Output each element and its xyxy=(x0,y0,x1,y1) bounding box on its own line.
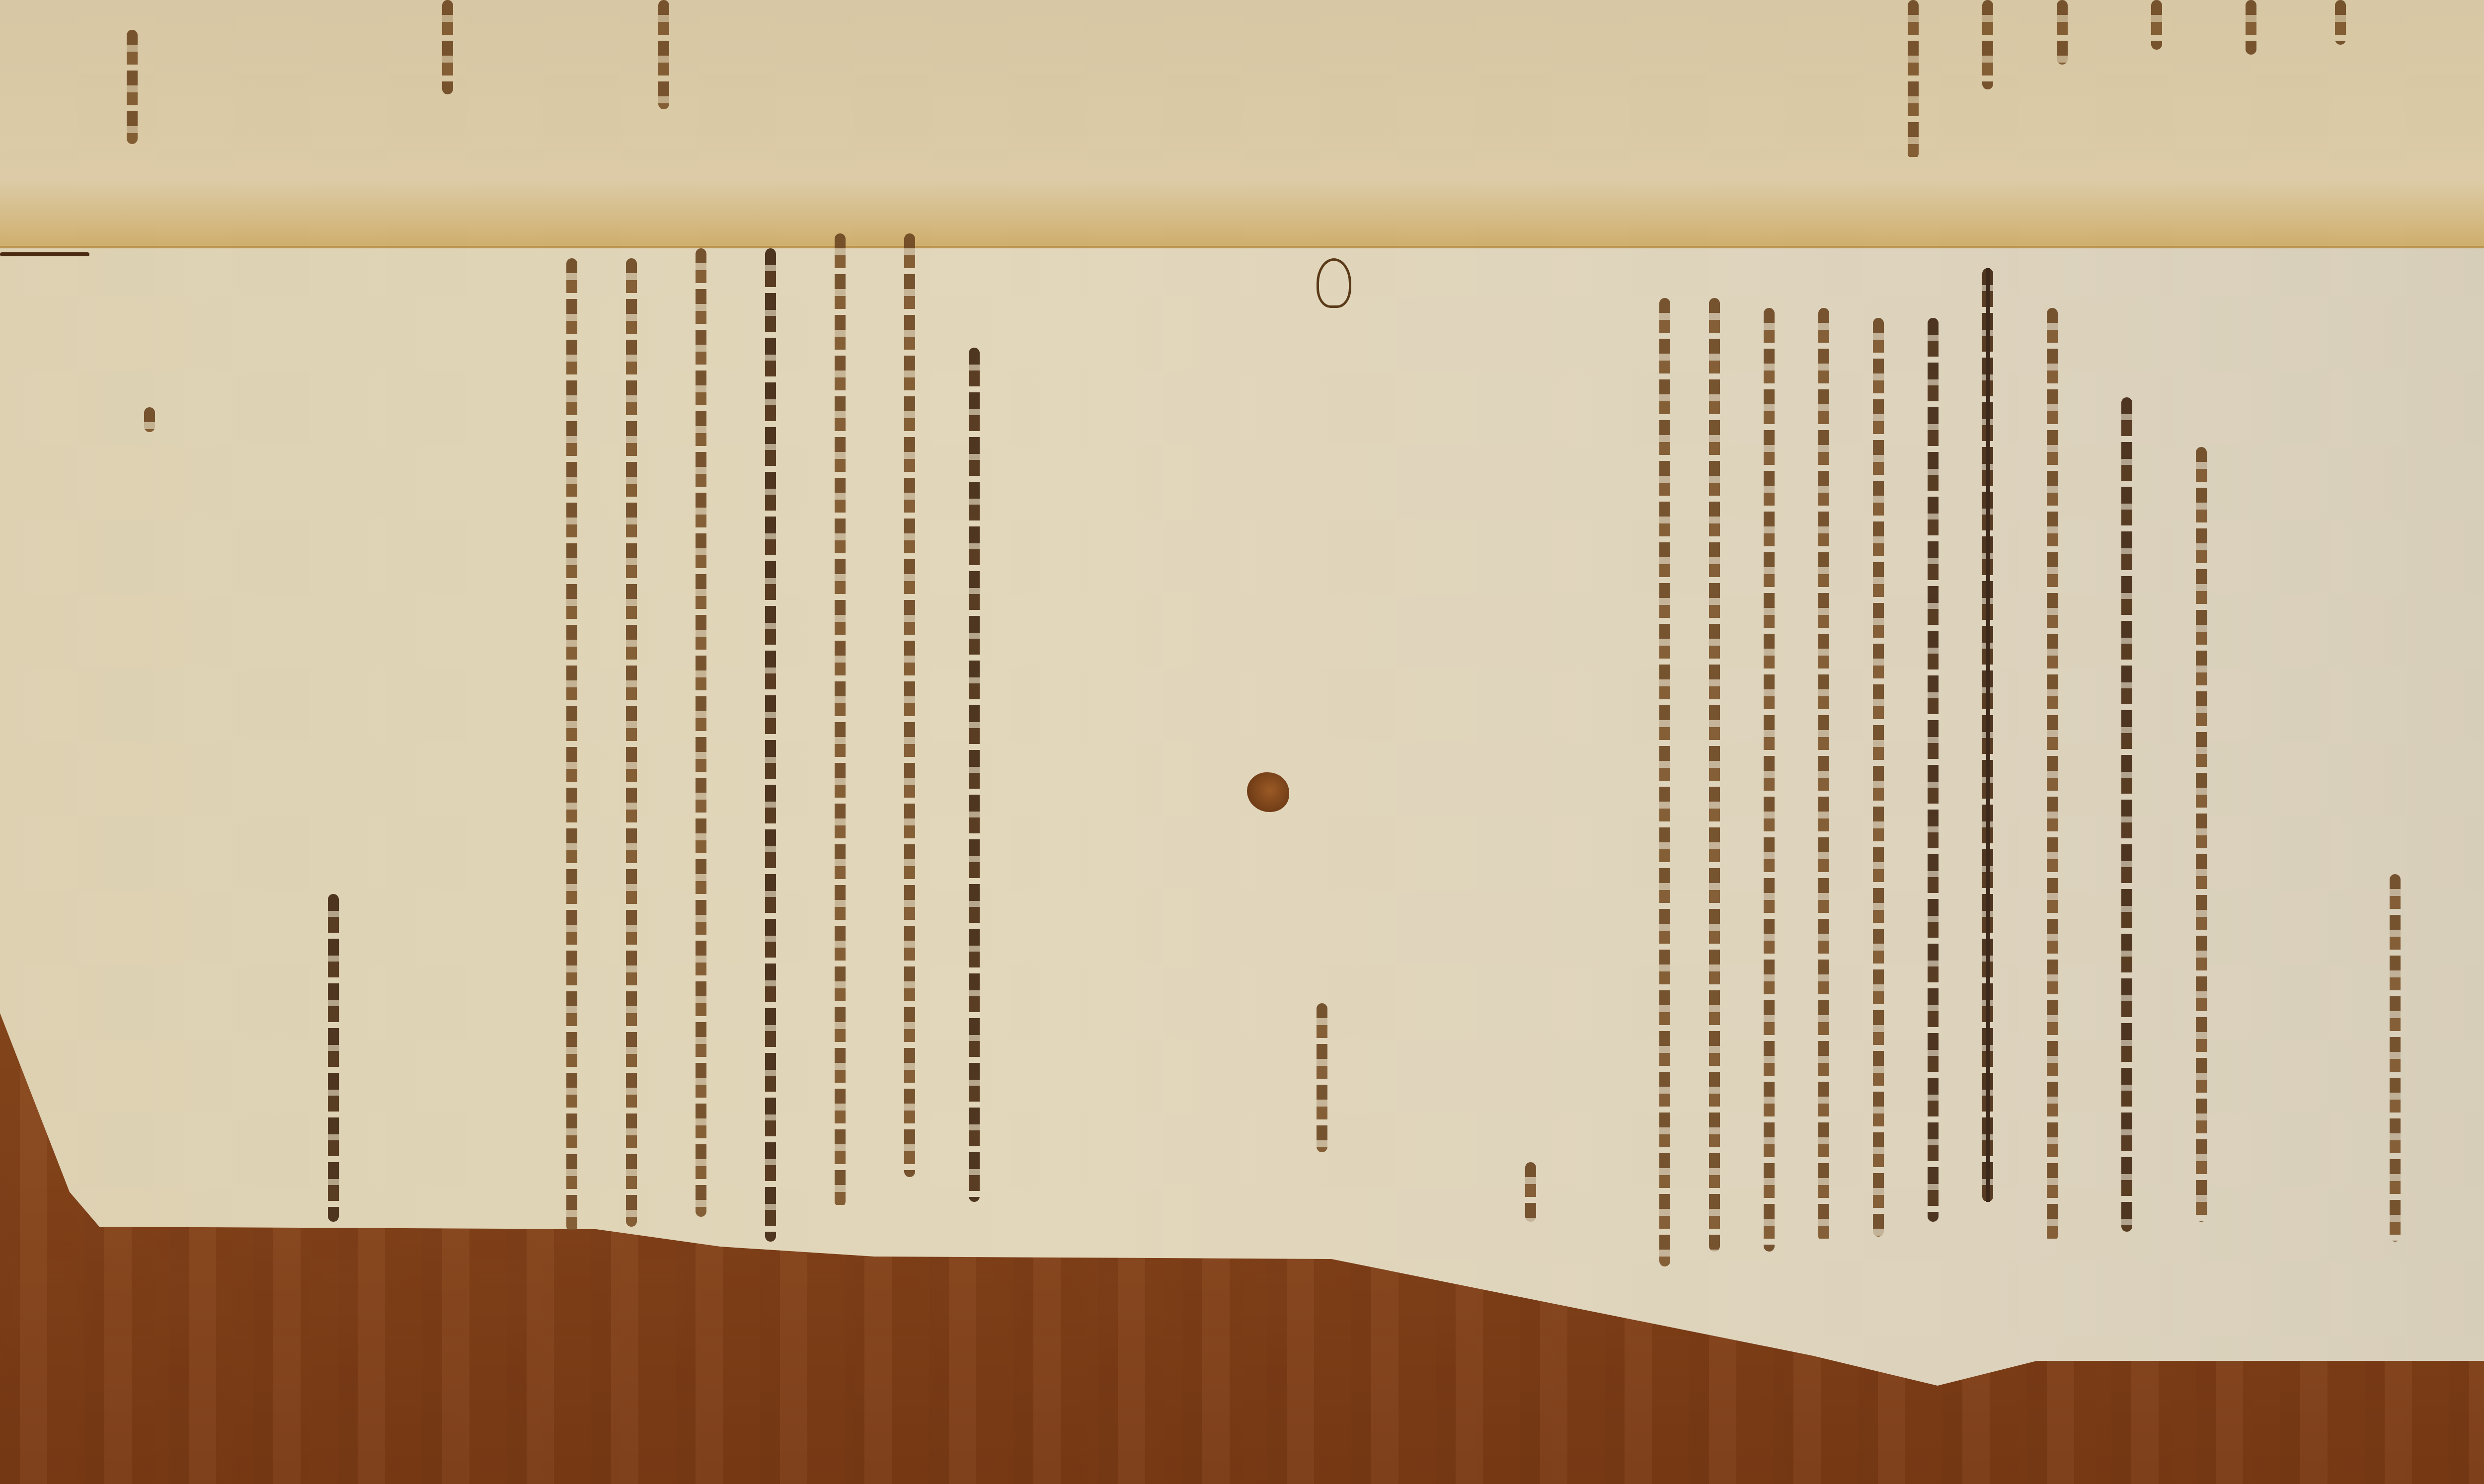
ink-column xyxy=(658,0,669,109)
ink-column xyxy=(2121,397,2132,1232)
ink-column xyxy=(2196,447,2207,1222)
ink-column xyxy=(1928,318,1939,1222)
ink-column xyxy=(2151,0,2162,50)
ink-column xyxy=(2047,308,2058,1242)
ink-column xyxy=(1982,0,1993,89)
ink-column xyxy=(1873,318,1884,1237)
ink-column xyxy=(765,248,776,1242)
marginal-word-center xyxy=(1317,1003,1327,1152)
ink-column xyxy=(1709,298,1720,1252)
ink-column xyxy=(1659,298,1670,1266)
ink-column xyxy=(1818,308,1829,1242)
marginal-signature-left xyxy=(328,894,339,1222)
marginal-word-center-lower xyxy=(1525,1162,1536,1222)
flourish-mark xyxy=(1317,258,1351,308)
ink-column xyxy=(1764,308,1775,1252)
ink-column xyxy=(969,348,980,1202)
upper-sheet xyxy=(0,0,2484,258)
scene-description: Photograph of a historical handwritten m… xyxy=(0,0,26,0)
marginal-tick xyxy=(144,407,155,432)
ink-column xyxy=(2335,0,2346,45)
ink-column xyxy=(566,258,577,1232)
ink-column xyxy=(904,233,915,1177)
edge-tear xyxy=(0,252,89,256)
struck-through-column xyxy=(1982,268,1993,1202)
ink-column xyxy=(835,233,846,1207)
ink-column xyxy=(2057,0,2068,65)
marginal-signature-right xyxy=(2390,874,2401,1242)
ink-column xyxy=(442,0,453,94)
ink-column xyxy=(626,258,637,1227)
ink-column xyxy=(2246,0,2256,55)
ink-column xyxy=(696,248,706,1217)
ink-column xyxy=(1908,0,1919,159)
ink-column xyxy=(127,30,138,144)
